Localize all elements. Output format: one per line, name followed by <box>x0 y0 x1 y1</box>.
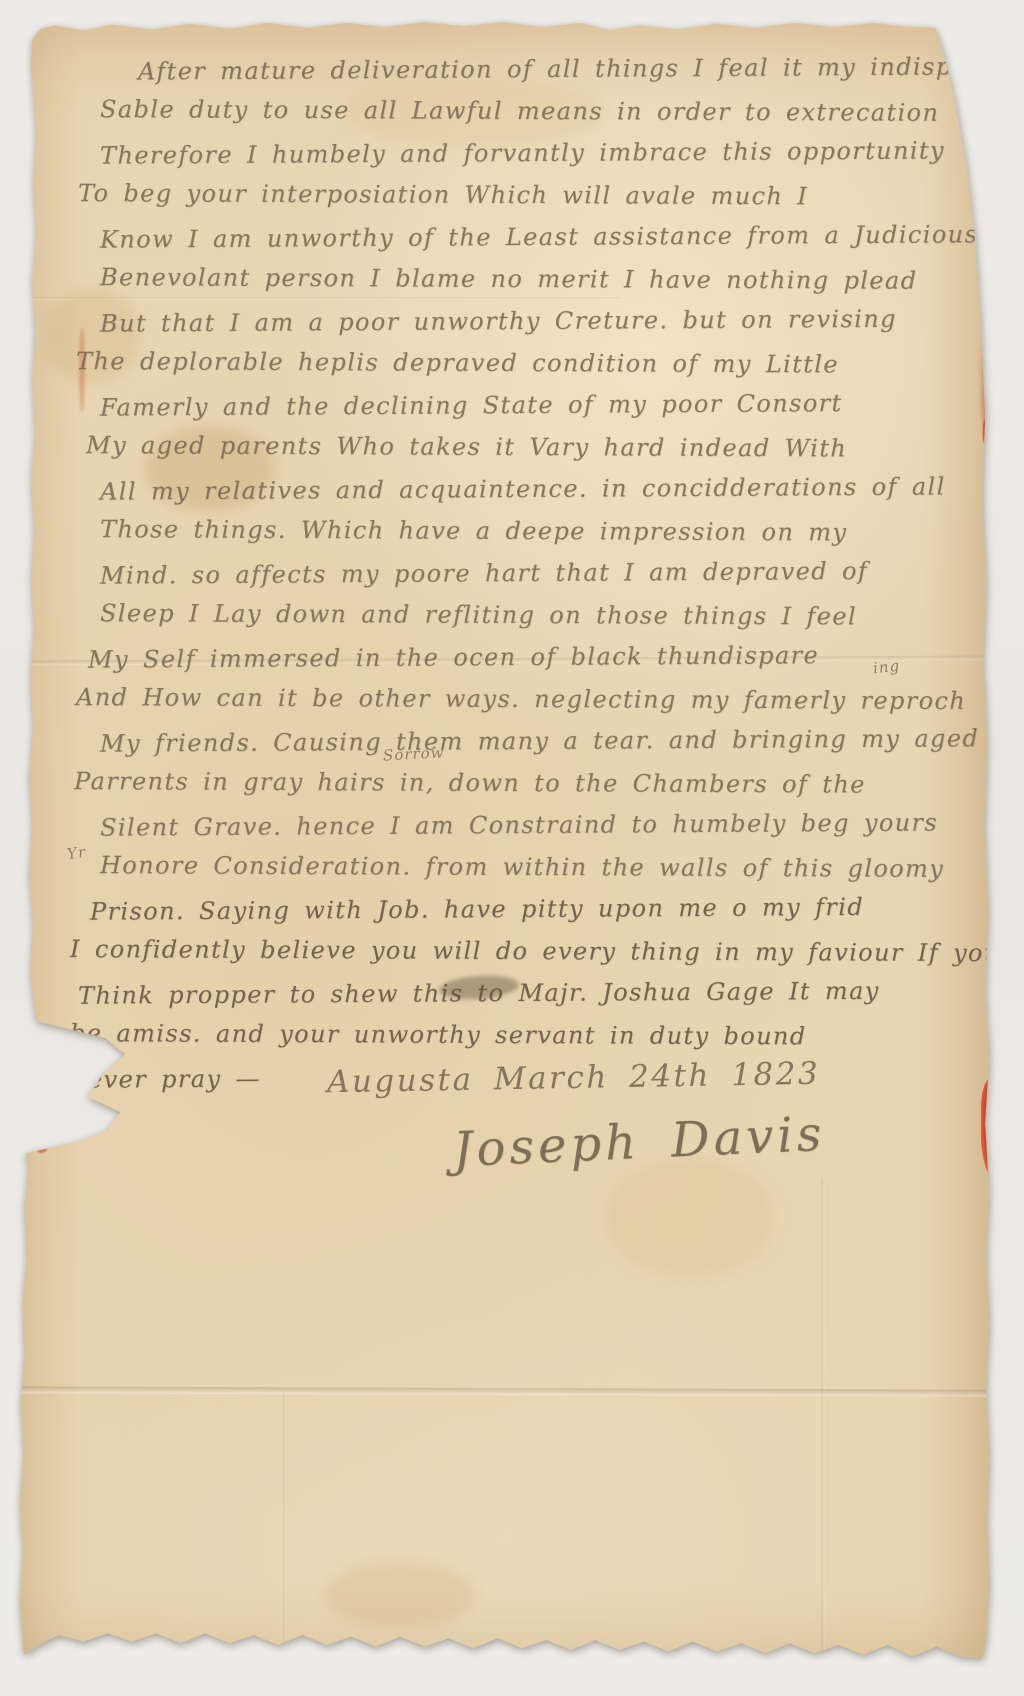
letter-line: Think propper to shew this to Majr. Josh… <box>78 969 960 1016</box>
superscript-insertion: Sorrow <box>383 743 445 764</box>
letter-line: My aged parents Who takes it Vary hard i… <box>86 424 960 470</box>
letter-line: Silent Grave. hence I am Constraind to h… <box>100 801 960 848</box>
superscript-insertion: ing <box>872 657 901 678</box>
letter-line: Sable duty to use all Lawful means in or… <box>100 88 960 134</box>
letter-line: Famerly and the declining State of my po… <box>100 381 960 428</box>
letter-line: All my relatives and acquaintence. in co… <box>100 465 960 512</box>
letter-line: Mind. so affects my poore hart that I am… <box>100 549 960 596</box>
letter-line: I confidently believe you will do every … <box>70 928 960 974</box>
paper-stain <box>325 1563 475 1628</box>
letter-line: Parrents in gray hairs in, down to the C… <box>74 760 960 806</box>
letter-line: And How can it be other ways. neglecting… <box>76 676 960 722</box>
superscript-insertion: Yr <box>66 843 87 863</box>
paper-stain <box>605 1158 775 1278</box>
letter-line: Honore Consideration. from within the wa… <box>100 844 960 890</box>
fold-crease <box>821 1178 825 1668</box>
letter-line: But that I am a poor unworthy Creture. b… <box>100 297 960 344</box>
letter-line: Sleep I Lay down and refliting on those … <box>100 592 960 638</box>
letter-line: My Self immersed in the ocen of black th… <box>88 633 960 680</box>
wax-seal-residue <box>31 1070 91 1083</box>
letter-line: The deplorable heplis depraved condition… <box>76 340 960 386</box>
wax-seal-residue <box>981 1074 1009 1182</box>
letter-scan: After mature deliveration of all things … <box>15 18 990 1668</box>
letter-line: Benevolant person I blame no merit I hav… <box>100 256 960 302</box>
letter-line: Therefore I humbely and forvantly imbrac… <box>100 129 960 176</box>
letter-line: Those things. Which have a deepe impress… <box>100 508 960 554</box>
letter-line: To beg your interposiation Which will av… <box>78 172 960 218</box>
letter-line: Know I am unworthy of the Least assistan… <box>100 213 960 260</box>
fold-crease <box>283 1390 286 1680</box>
wax-seal-residue <box>981 330 998 442</box>
letter-line: t be amiss. and your unworthy servant in… <box>45 1012 960 1058</box>
letter-line: After mature deliveration of all things … <box>138 45 960 92</box>
wax-seal-residue <box>983 416 998 448</box>
letter-paper: After mature deliveration of all things … <box>15 18 990 1668</box>
fold-crease <box>15 1386 990 1396</box>
letter-body: After mature deliveration of all things … <box>100 48 960 1098</box>
letter-line: My friends. Causing them many a tear. an… <box>100 717 960 764</box>
wax-seal-residue <box>35 1138 48 1153</box>
letter-line: Prison. Saying with Job. have pitty upon… <box>90 885 960 932</box>
signature: Joseph Davis <box>452 1106 826 1178</box>
